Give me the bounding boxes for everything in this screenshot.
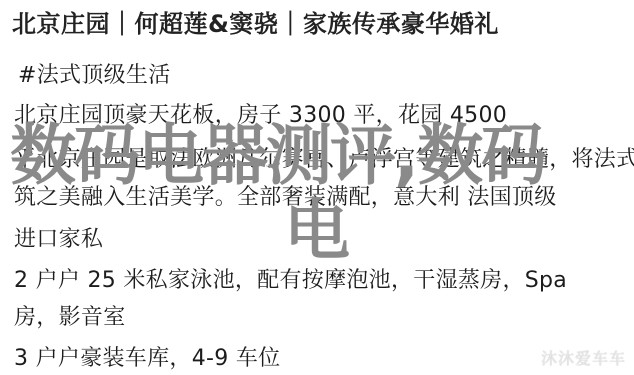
body-line-7: 3 户户豪装车库，4-9 车位 — [14, 341, 280, 372]
hashtag[interactable]: #法式顶级生活 — [18, 58, 171, 89]
overlay-banner-text: 数码电器测评,数码 — [10, 118, 630, 194]
body-line-6: 房，影音室 — [14, 300, 126, 331]
post-title: 北京庄园｜何超莲&窦骁｜家族传承豪华婚礼 — [12, 4, 499, 39]
body-line-4: 进口家私 — [14, 222, 103, 253]
watermark: 沐沐爱车车 — [541, 346, 626, 369]
overlay-banner-text-2: 电 — [284, 196, 350, 266]
